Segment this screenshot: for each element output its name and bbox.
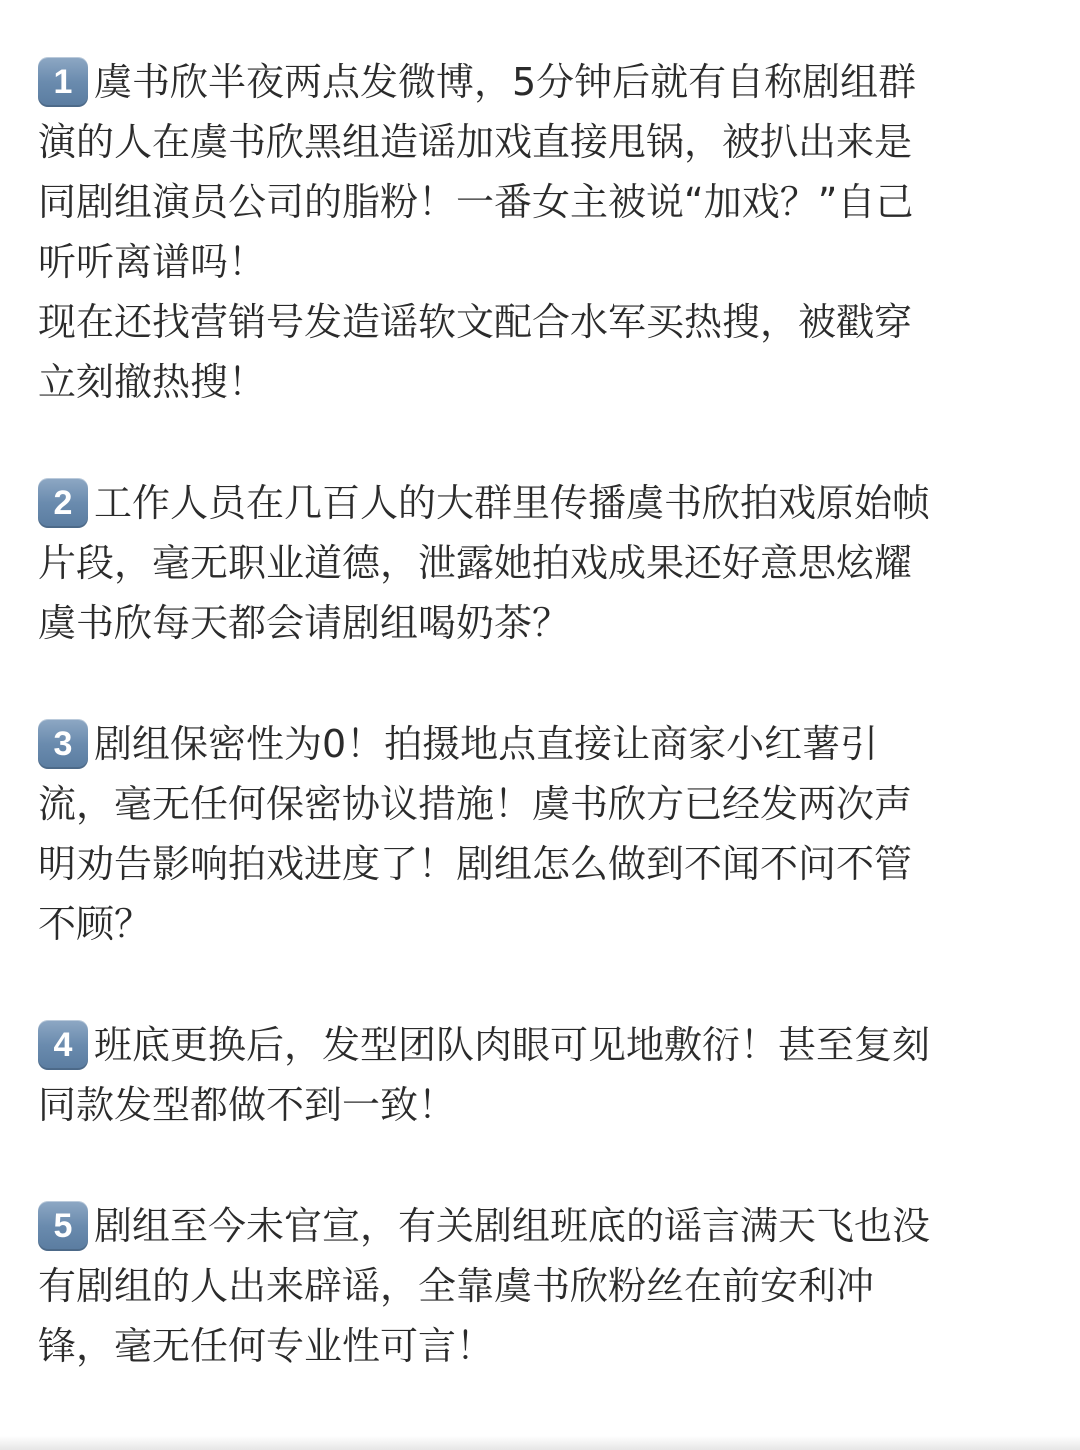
text-line: 5剧组至今未官宣，有关剧组班底的谣言满天飞也没: [38, 1196, 1038, 1256]
number-4-badge-icon: 4: [38, 1020, 88, 1070]
line-text: 工作人员在几百人的大群里传播虞书欣拍戏原始帧: [94, 473, 930, 533]
cut-off-next-line: [0, 1436, 1080, 1450]
line-text: 剧组至今未官宣，有关剧组班底的谣言满天飞也没: [94, 1196, 930, 1256]
line-text: 虞书欣半夜两点发微博，5分钟后就有自称剧组群: [94, 52, 916, 112]
text-line: 明劝告影响拍戏进度了！剧组怎么做到不闻不问不管: [38, 834, 1038, 894]
line-text: 班底更换后，发型团队肉眼可见地敷衍！甚至复刻: [94, 1015, 930, 1075]
section-4: 4班底更换后，发型团队肉眼可见地敷衍！甚至复刻 同款发型都做不到一致！: [38, 1015, 1038, 1135]
text-line: 虞书欣每天都会请剧组喝奶茶？: [38, 593, 1038, 653]
text-line: 1虞书欣半夜两点发微博，5分钟后就有自称剧组群: [38, 52, 1038, 112]
text-line: 现在还找营销号发造谣软文配合水军买热搜，被戳穿: [38, 292, 1038, 352]
number-5-badge-icon: 5: [38, 1201, 88, 1251]
text-line: 听听离谱吗！: [38, 232, 1038, 292]
text-line: 同款发型都做不到一致！: [38, 1075, 1038, 1135]
text-line: 4班底更换后，发型团队肉眼可见地敷衍！甚至复刻: [38, 1015, 1038, 1075]
section-2: 2工作人员在几百人的大群里传播虞书欣拍戏原始帧 片段，毫无职业道德，泄露她拍戏成…: [38, 473, 1038, 653]
number-1-badge-icon: 1: [38, 57, 88, 107]
text-line: 演的人在虞书欣黑组造谣加戏直接甩锅，被扒出来是: [38, 112, 1038, 172]
text-line: 不顾？: [38, 894, 1038, 954]
text-line: 2工作人员在几百人的大群里传播虞书欣拍戏原始帧: [38, 473, 1038, 533]
section-5: 5剧组至今未官宣，有关剧组班底的谣言满天飞也没 有剧组的人出来辟谣，全靠虞书欣粉…: [38, 1196, 1038, 1376]
text-line: 流，毫无任何保密协议措施！虞书欣方已经发两次声: [38, 774, 1038, 834]
document-body: 1虞书欣半夜两点发微博，5分钟后就有自称剧组群 演的人在虞书欣黑组造谣加戏直接甩…: [38, 52, 1038, 1437]
text-line: 有剧组的人出来辟谣，全靠虞书欣粉丝在前安利冲: [38, 1256, 1038, 1316]
line-text: 剧组保密性为0！拍摄地点直接让商家小红薯引: [94, 714, 878, 774]
text-line: 片段，毫无职业道德，泄露她拍戏成果还好意思炫耀: [38, 533, 1038, 593]
number-2-badge-icon: 2: [38, 478, 88, 528]
text-line: 同剧组演员公司的脂粉！一番女主被说“加戏？”自己: [38, 172, 1038, 232]
number-3-badge-icon: 3: [38, 719, 88, 769]
text-line: 立刻撤热搜！: [38, 352, 1038, 412]
section-1: 1虞书欣半夜两点发微博，5分钟后就有自称剧组群 演的人在虞书欣黑组造谣加戏直接甩…: [38, 52, 1038, 412]
text-line: 3剧组保密性为0！拍摄地点直接让商家小红薯引: [38, 714, 1038, 774]
section-3: 3剧组保密性为0！拍摄地点直接让商家小红薯引 流，毫无任何保密协议措施！虞书欣方…: [38, 714, 1038, 954]
text-line: 锋，毫无任何专业性可言！: [38, 1316, 1038, 1376]
